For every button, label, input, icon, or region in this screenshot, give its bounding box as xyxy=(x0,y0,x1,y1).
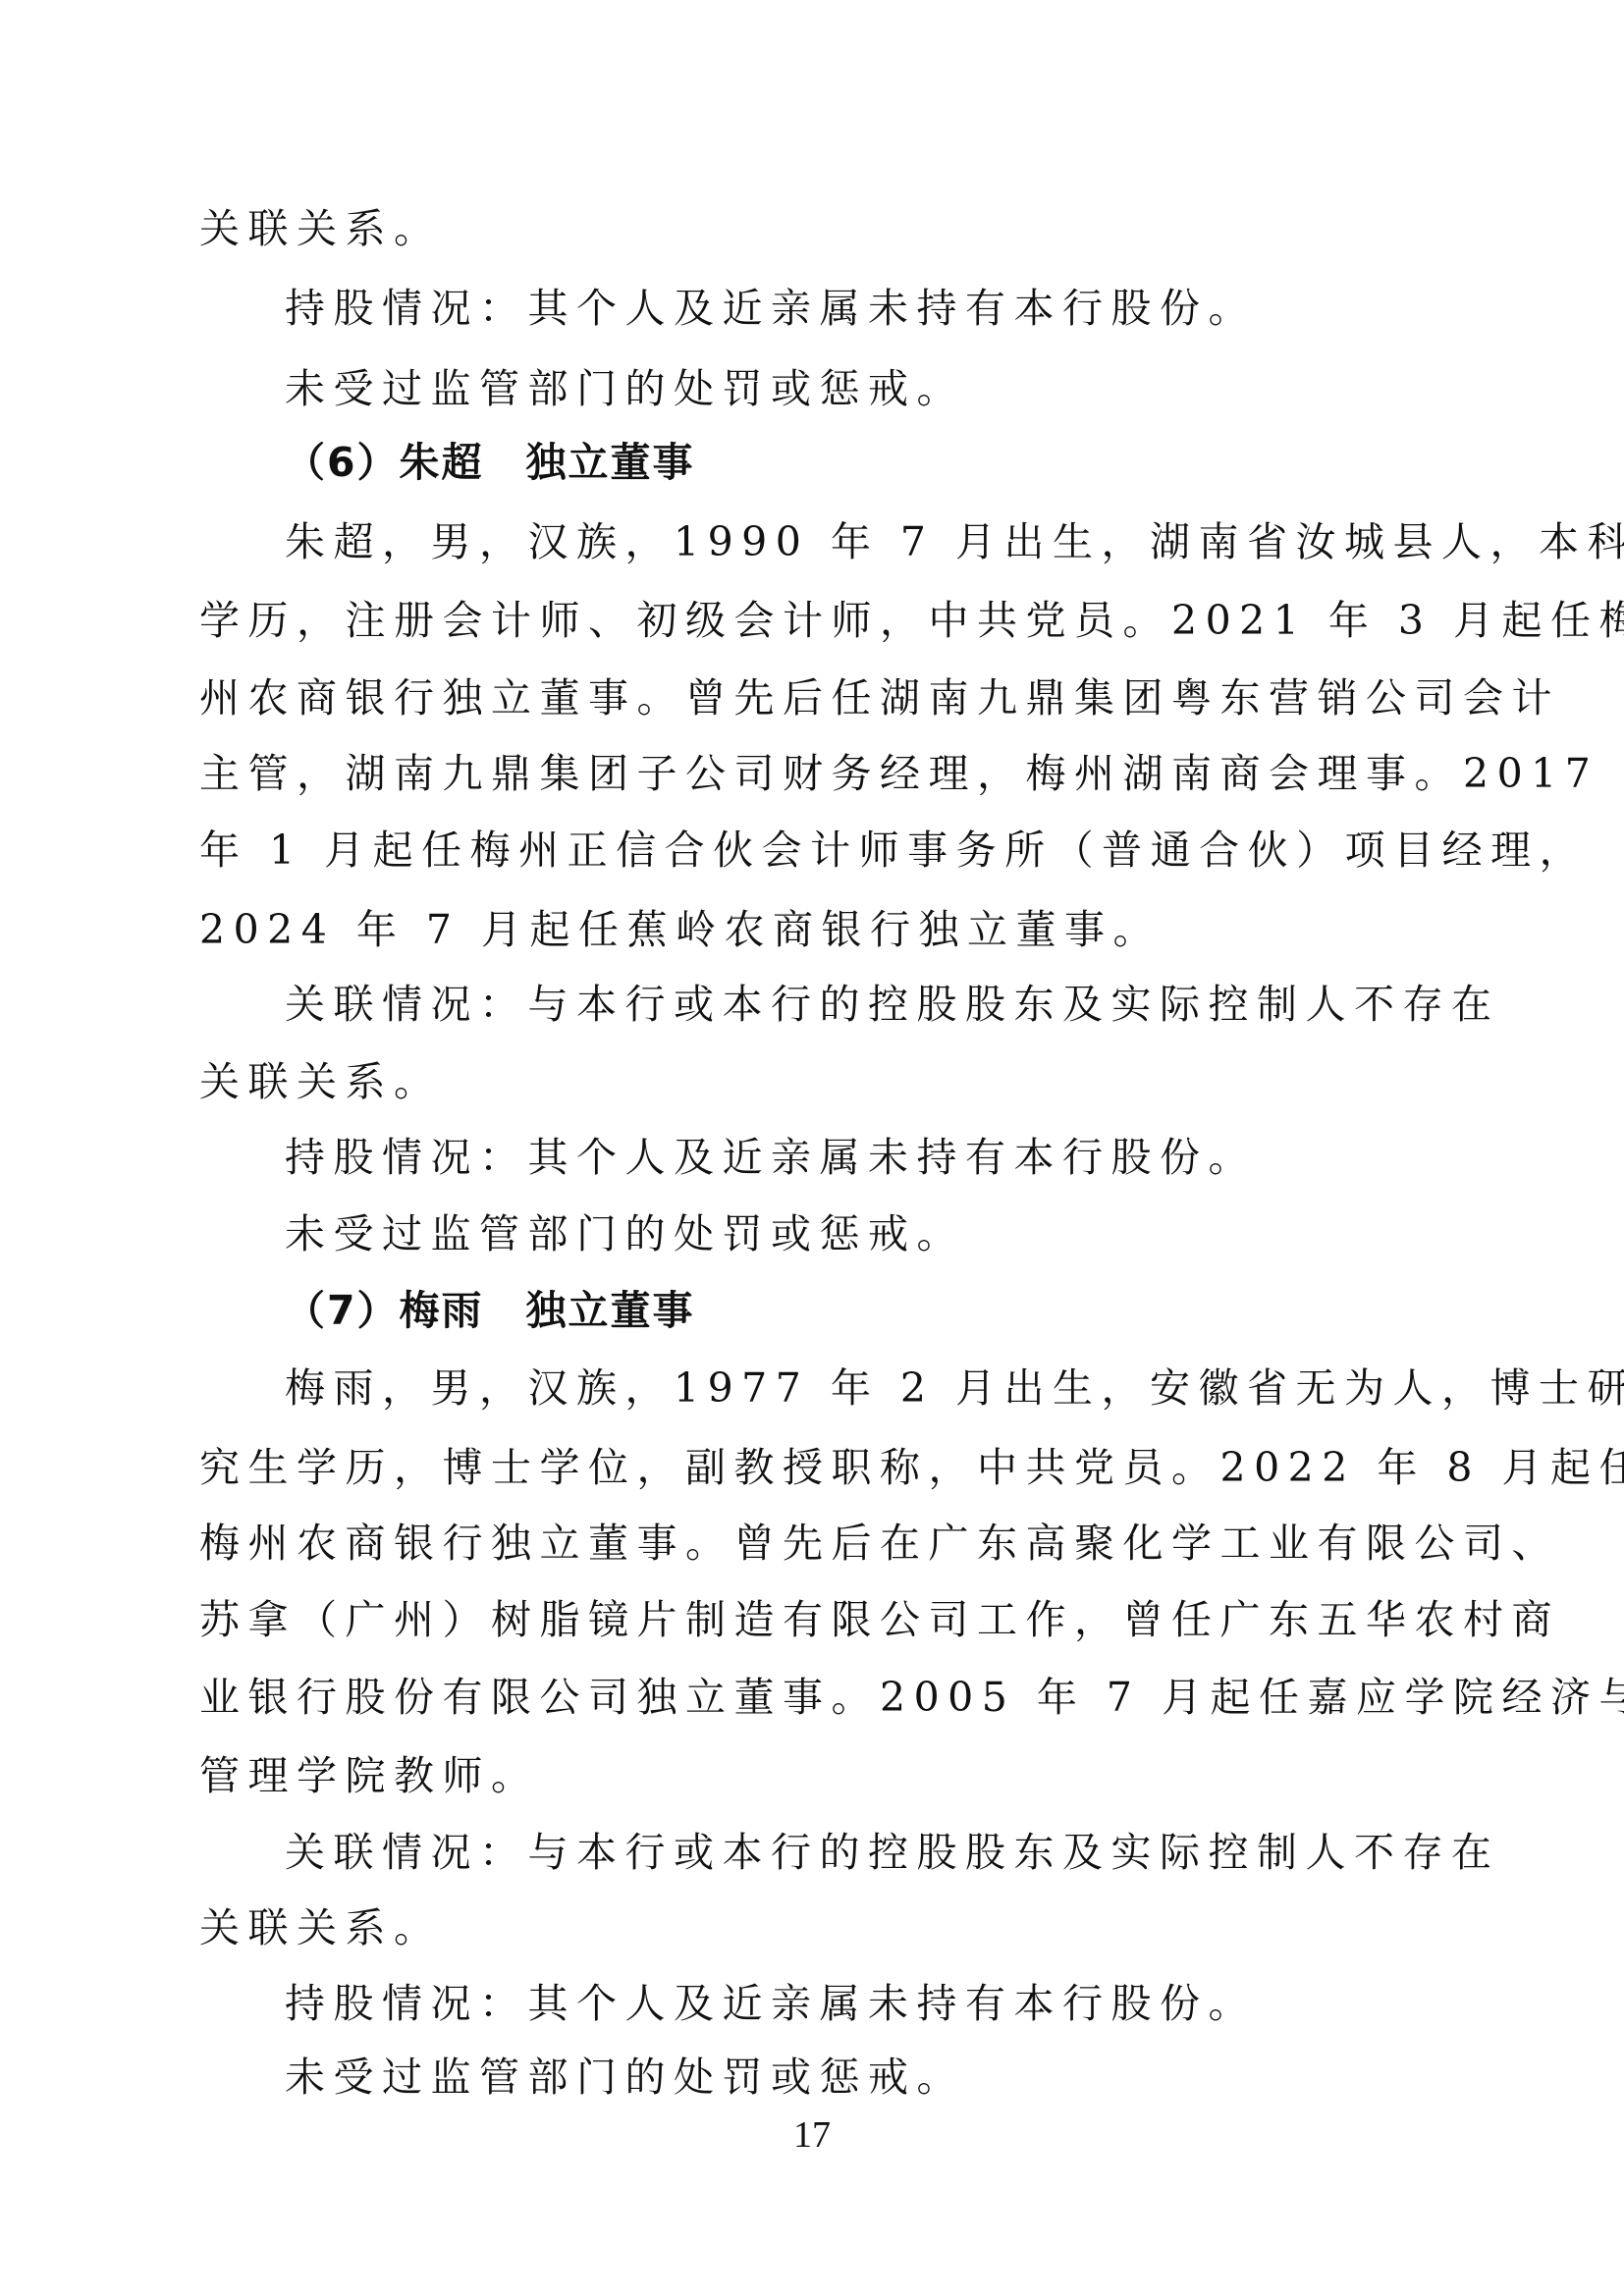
paragraph-line: 学历，注册会计师、初级会计师，中共党员。2021 年 3 月起任梅 xyxy=(199,593,1624,648)
paragraph-line: 究生学历，博士学位，副教授职称，中共党员。2022 年 8 月起任 xyxy=(199,1440,1624,1495)
paragraph-line: 州农商银行独立董事。曾先后任湖南九鼎集团粤东营销公司会计 xyxy=(199,670,1560,725)
paragraph-line: 未受过监管部门的处罚或惩戒。 xyxy=(285,1206,965,1261)
paragraph-line: 业银行股份有限公司独立董事。2005 年 7 月起任嘉应学院经济与 xyxy=(199,1670,1624,1725)
paragraph-line: 年 1 月起任梅州正信合伙会计师事务所（普通合伙）项目经理， xyxy=(199,823,1588,878)
paragraph-line: 梅州农商银行独立董事。曾先后在广东高聚化学工业有限公司、 xyxy=(199,1516,1560,1571)
paragraph-line: 关联关系。 xyxy=(199,201,443,256)
paragraph-line: 关联关系。 xyxy=(199,1054,443,1109)
paragraph-line: 未受过监管部门的处罚或惩戒。 xyxy=(285,2050,965,2105)
paragraph-line: 未受过监管部门的处罚或惩戒。 xyxy=(285,361,965,416)
page-number: 17 xyxy=(0,2110,1624,2160)
paragraph-line: 关联情况：与本行或本行的控股股东及实际控制人不存在 xyxy=(285,977,1500,1032)
paragraph-line: 管理学院教师。 xyxy=(199,1748,540,1803)
paragraph-line: 关联情况：与本行或本行的控股股东及实际控制人不存在 xyxy=(285,1825,1500,1880)
paragraph-line: 苏拿（广州）树脂镜片制造有限公司工作，曾任广东五华农村商 xyxy=(199,1592,1560,1647)
paragraph-line: 朱超，男，汉族，1990 年 7 月出生，湖南省汝城县人，本科 xyxy=(285,514,1624,569)
section-heading: （7）梅雨 独立董事 xyxy=(285,1283,695,1338)
paragraph-line: 2024 年 7 月起任蕉岭农商银行独立董事。 xyxy=(199,902,1162,957)
paragraph-line: 主管，湖南九鼎集团子公司财务经理，梅州湖南商会理事。2017 xyxy=(199,746,1598,801)
section-heading: （6）朱超 独立董事 xyxy=(285,435,695,490)
paragraph-line: 持股情况：其个人及近亲属未持有本行股份。 xyxy=(285,1976,1257,2031)
paragraph-line: 持股情况：其个人及近亲属未持有本行股份。 xyxy=(285,1130,1257,1185)
paragraph-line: 关联关系。 xyxy=(199,1900,443,1955)
paragraph-line: 梅雨，男，汉族，1977 年 2 月出生，安徽省无为人，博士研 xyxy=(285,1361,1624,1415)
paragraph-line: 持股情况：其个人及近亲属未持有本行股份。 xyxy=(285,281,1257,336)
